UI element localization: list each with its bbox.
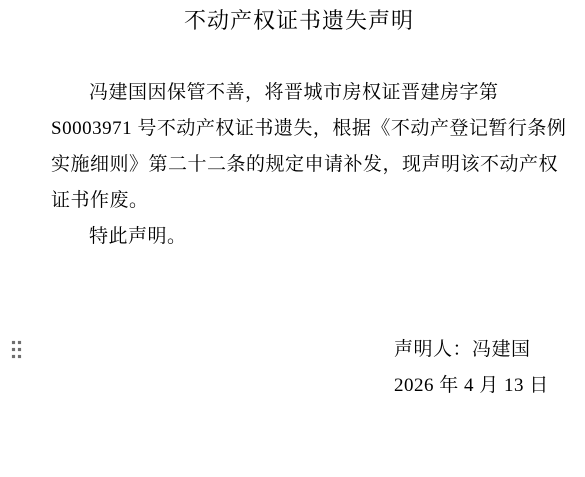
body-line: 冯建国因保管不善，将晋城市房权证晋建房字第 [51,75,547,111]
handle-dot [12,355,15,358]
signer-line: 声明人：冯建国 [394,332,549,368]
body-line: 证书作废。 [51,183,547,219]
handle-dot [18,348,21,351]
handle-dot [12,348,15,351]
document-body: 冯建国因保管不善，将晋城市房权证晋建房字第 S0003971 号不动产权证书遗失… [51,75,547,255]
handle-dot [18,341,21,344]
handle-dot [18,355,21,358]
page-title: 不动产权证书遗失声明 [51,6,547,36]
handle-dot [12,341,15,344]
document-page: 不动产权证书遗失声明 冯建国因保管不善，将晋城市房权证晋建房字第 S000397… [0,0,585,477]
body-line: 实施细则》第二十二条的规定申请补发，现声明该不动产权 [51,147,547,183]
body-line: S0003971 号不动产权证书遗失，根据《不动产登记暂行条例 [51,111,547,147]
body-line: 特此声明。 [51,219,547,255]
drag-handle-icon[interactable] [12,341,21,358]
signature-block: 声明人：冯建国 2026 年 4 月 13 日 [394,332,549,404]
date-line: 2026 年 4 月 13 日 [394,368,549,404]
